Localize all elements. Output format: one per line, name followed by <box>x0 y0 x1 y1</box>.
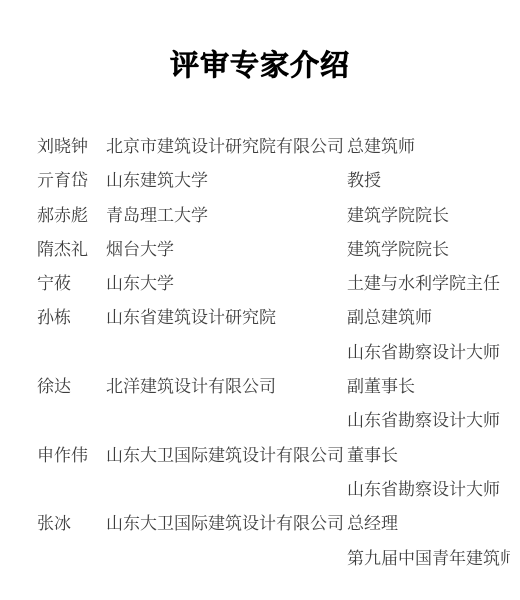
expert-organization: 山东省建筑设计研究院 <box>106 301 347 335</box>
expert-title-line: 土建与水利学院主任 <box>347 267 510 301</box>
expert-title-line: 董事长 <box>347 439 510 473</box>
expert-title-line: 副总建筑师 <box>347 301 510 335</box>
expert-name: 申作伟 <box>37 439 106 473</box>
expert-title-line: 总建筑师 <box>347 130 510 164</box>
expert-organization: 山东大卫国际建筑设计有限公司 <box>106 507 347 541</box>
page-title: 评审专家介绍 <box>0 0 520 83</box>
expert-organization: 北洋建筑设计有限公司 <box>106 370 347 404</box>
expert-title-line: 山东省勘察设计大师 <box>347 336 510 370</box>
expert-name: 孙栋 <box>37 301 106 335</box>
expert-organization: 山东大学 <box>106 267 347 301</box>
expert-titles: 总经理第九届中国青年建筑师 <box>347 507 510 576</box>
expert-title-line: 建筑学院院长 <box>347 233 510 267</box>
expert-row: 孙栋山东省建筑设计研究院副总建筑师山东省勘察设计大师 <box>37 301 510 370</box>
expert-organization: 烟台大学 <box>106 233 347 267</box>
expert-titles: 建筑学院院长 <box>347 233 510 267</box>
expert-row: 张冰山东大卫国际建筑设计有限公司总经理第九届中国青年建筑师 <box>37 507 510 576</box>
expert-title-line: 山东省勘察设计大师 <box>347 404 510 438</box>
expert-row: 刘晓钟北京市建筑设计研究院有限公司总建筑师 <box>37 130 510 164</box>
expert-organization: 山东大卫国际建筑设计有限公司 <box>106 439 347 473</box>
expert-name: 徐达 <box>37 370 106 404</box>
expert-row: 徐达北洋建筑设计有限公司副董事长山东省勘察设计大师 <box>37 370 510 439</box>
expert-row: 郝赤彪青岛理工大学建筑学院院长 <box>37 199 510 233</box>
expert-titles: 总建筑师 <box>347 130 510 164</box>
expert-titles: 土建与水利学院主任 <box>347 267 510 301</box>
expert-name: 刘晓钟 <box>37 130 106 164</box>
expert-row: 申作伟山东大卫国际建筑设计有限公司董事长山东省勘察设计大师 <box>37 439 510 508</box>
expert-name: 张冰 <box>37 507 106 541</box>
expert-title-line: 建筑学院院长 <box>347 199 510 233</box>
expert-titles: 副总建筑师山东省勘察设计大师 <box>347 301 510 370</box>
expert-row: 亓育岱山东建筑大学教授 <box>37 164 510 198</box>
experts-list: 刘晓钟北京市建筑设计研究院有限公司总建筑师亓育岱山东建筑大学教授郝赤彪青岛理工大… <box>0 130 520 576</box>
expert-name: 隋杰礼 <box>37 233 106 267</box>
expert-titles: 副董事长山东省勘察设计大师 <box>347 370 510 439</box>
expert-title-line: 副董事长 <box>347 370 510 404</box>
expert-organization: 青岛理工大学 <box>106 199 347 233</box>
expert-titles: 教授 <box>347 164 510 198</box>
expert-title-line: 山东省勘察设计大师 <box>347 473 510 507</box>
expert-title-line: 总经理 <box>347 507 510 541</box>
expert-title-line: 第九届中国青年建筑师 <box>347 542 510 576</box>
expert-title-line: 教授 <box>347 164 510 198</box>
expert-organization: 山东建筑大学 <box>106 164 347 198</box>
expert-titles: 建筑学院院长 <box>347 199 510 233</box>
expert-row: 隋杰礼烟台大学建筑学院院长 <box>37 233 510 267</box>
expert-name: 郝赤彪 <box>37 199 106 233</box>
page: 评审专家介绍 刘晓钟北京市建筑设计研究院有限公司总建筑师亓育岱山东建筑大学教授郝… <box>0 0 520 600</box>
expert-titles: 董事长山东省勘察设计大师 <box>347 439 510 508</box>
expert-name: 亓育岱 <box>37 164 106 198</box>
expert-row: 宁莜山东大学土建与水利学院主任 <box>37 267 510 301</box>
expert-name: 宁莜 <box>37 267 106 301</box>
expert-organization: 北京市建筑设计研究院有限公司 <box>106 130 347 164</box>
